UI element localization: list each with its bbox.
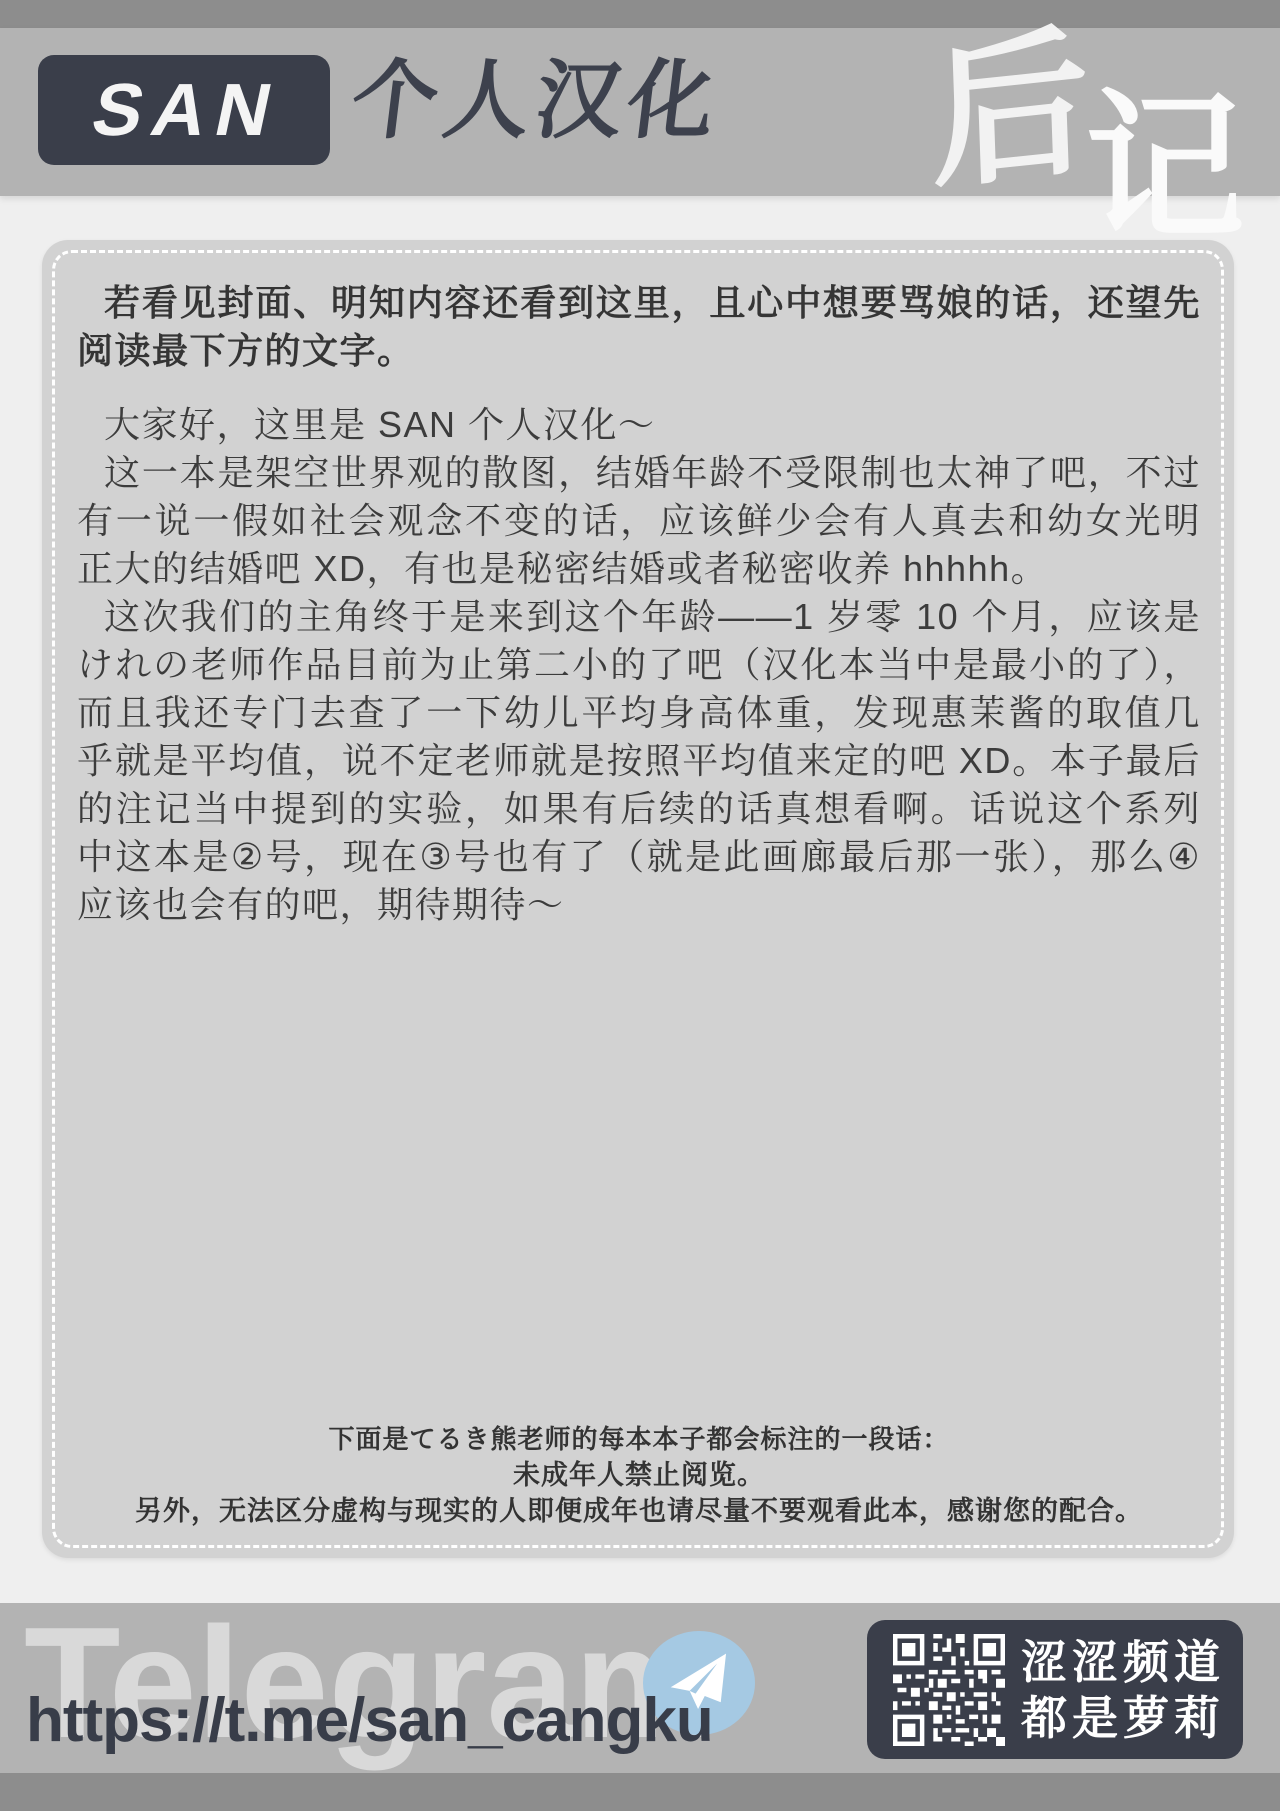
commentary-paragraph-2: 这次我们的主角终于是来到这个年龄——1 岁零 10 个月，应该是けれの老师作品目… [77,593,1201,929]
footer: Telegram https://t.me/san_cangku 涩涩频道 都是… [0,1603,1280,1773]
notice-line-minors: 未成年人禁止阅览。 [77,1457,1201,1493]
telegram-url: https://t.me/san_cangku [26,1685,713,1756]
qr-panel: 涩涩频道 都是萝莉 [867,1620,1243,1759]
san-logo-text: SAN [80,73,288,147]
qr-caption-line-1: 涩涩频道 [1021,1634,1225,1690]
commentary-paragraph-1: 这一本是架空世界观的散图，结婚年龄不受限制也太神了吧，不过有一说一假如社会观念不… [77,449,1201,593]
qr-code-icon [893,1634,1005,1746]
brand-label: 个人汉化 [346,50,727,153]
san-logo: SAN [38,55,330,165]
afterword-panel: 若看见封面、明知内容还看到这里，且心中想要骂娘的话，还望先阅读最下方的文字。 大… [42,240,1234,1558]
notice-line-fiction: 另外，无法区分虚构与现实的人即便成年也请尽量不要观看此本，感谢您的配合。 [77,1493,1201,1529]
notice-intro-line: 下面是てるき熊老师的每本本子都会标注的一段话： [77,1421,1201,1457]
page-title-char-ji: 记 [1085,88,1245,248]
qr-caption-line-2: 都是萝莉 [1021,1690,1225,1746]
bottom-border-strip [0,1773,1280,1811]
author-notice-block: 下面是てるき熊老师的每本本子都会标注的一段话： 未成年人禁止阅览。 另外，无法区… [77,1421,1201,1529]
page-title-char-hou: 后 [928,21,1093,198]
top-border-strip [0,0,1280,28]
dashed-border-box: 若看见封面、明知内容还看到这里，且心中想要骂娘的话，还望先阅读最下方的文字。 大… [52,250,1224,1548]
afterword-content: 若看见封面、明知内容还看到这里，且心中想要骂娘的话，还望先阅读最下方的文字。 大… [55,253,1221,1545]
qr-caption: 涩涩频道 都是萝莉 [1021,1634,1225,1746]
intro-warning-paragraph: 若看见封面、明知内容还看到这里，且心中想要骂娘的话，还望先阅读最下方的文字。 [77,279,1201,375]
greeting-paragraph: 大家好，这里是 SAN 个人汉化～ [77,401,1201,449]
